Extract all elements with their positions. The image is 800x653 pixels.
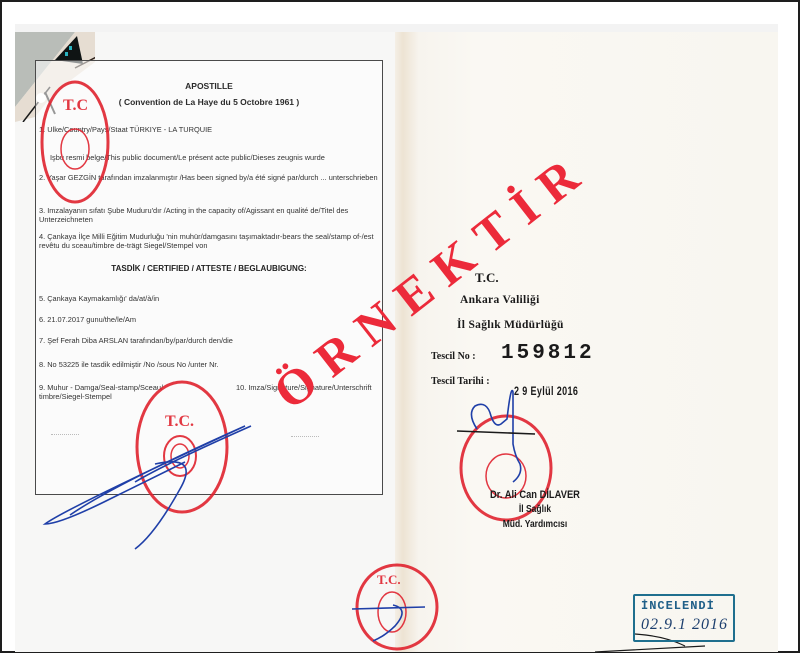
scanned-document: APOSTILLE ( Convention de La Haye du 5 O…: [15, 24, 778, 652]
bottom-signature-icon: [352, 605, 425, 641]
registration-number-value: 159812: [501, 342, 595, 365]
reviewed-stamp: İNCELENDİ 02.9.1 2016: [633, 594, 735, 642]
svg-text:T.C.: T.C.: [377, 572, 401, 587]
registration-date-value: 2 9 Eylül 2016: [514, 384, 578, 398]
office-heading: Ankara Valiliği: [460, 294, 540, 306]
reviewed-stamp-date: 02.9.1 2016: [641, 616, 728, 634]
reviewed-stamp-label: İNCELENDİ: [641, 599, 715, 613]
svg-text:T.C: T.C: [63, 97, 88, 114]
apostille-seal-icon: T.C.: [137, 382, 227, 512]
officer-title-1: İl Sağlık: [484, 504, 586, 515]
registration-date-label: Tescil Tarihi :: [431, 376, 490, 387]
seal-stamp-icon: T.C: [42, 82, 108, 202]
svg-text:T.C.: T.C.: [165, 413, 194, 430]
department-heading: İl Sağlık Müdürlüğü: [457, 319, 564, 331]
registration-number-label: Tescil No :: [431, 351, 476, 362]
officer-title-2: Müd. Yardımcısı: [484, 519, 586, 530]
officer-name: Dr. Ali Can DİLAVER: [484, 489, 586, 501]
